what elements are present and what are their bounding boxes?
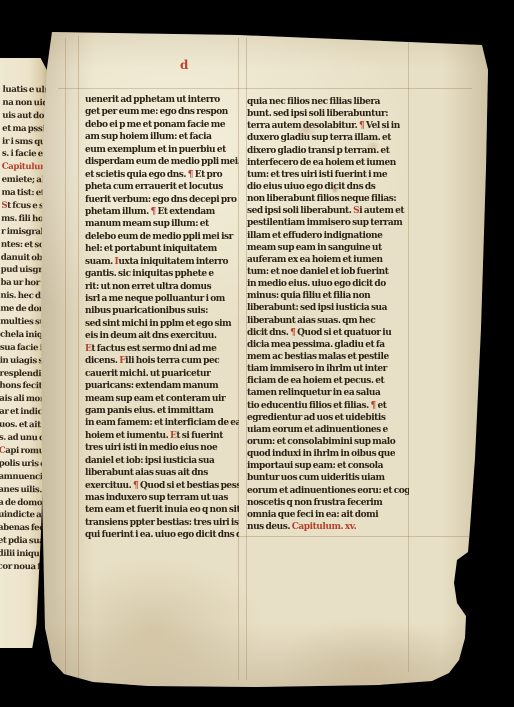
text-line: Et factus est sermo dni ad me: [85, 343, 239, 355]
text-line: exercituu. ¶ Quod si et bestias pessi: [85, 480, 239, 492]
text-line: qui fuerint i ea. uiuo ego dicit dns ds.: [85, 529, 239, 541]
text-line: et pdia sua et: [0, 535, 42, 548]
text-line: fuerit verbum: ego dns decepi pro: [85, 194, 239, 206]
text-line: eum exemplum et in puerbiu et: [85, 144, 239, 156]
text-line: ais ali mors leo: [0, 393, 43, 406]
text-line: get per eum me: ego dns respon: [85, 106, 239, 118]
text-line: disperdam eum de medio ppli mei.: [85, 156, 239, 168]
text-line: eorum et adinuentiones eoru: et cog: [247, 485, 409, 497]
text-line: tiam immisero in ihrlm ut inter: [247, 363, 409, 375]
text-line: puaricans: extendam manum: [85, 380, 239, 392]
text-line: omnia que feci in ea: ait domi: [247, 509, 409, 521]
text-line: tum: et tres uiri isti fuerint i me: [247, 169, 409, 181]
text-line: ir i sms quarg: [2, 135, 46, 148]
rubric-text: S: [353, 206, 359, 216]
rubric-text: ¶: [359, 121, 364, 131]
rubric-text: Capitulum. xiii.: [2, 162, 46, 173]
rubric-text: ¶: [290, 328, 295, 338]
text-line: liberabunt aias suas. qm hec: [247, 315, 409, 327]
text-line: meam sup eam et conteram uir: [85, 393, 239, 405]
text-line: minus: quia filiu et filia non: [247, 290, 409, 302]
text-line: bunt. sed ipsi soli liberabuntur:: [247, 108, 409, 120]
text-line: sed ipsi soli liberabunt. Si autem et: [247, 205, 409, 217]
text-line: orum: et consolabimini sup malo: [247, 436, 409, 448]
text-line: tum: et noe daniel et iob fuerint: [247, 266, 409, 278]
text-line: emiete; alter ur: [2, 174, 46, 187]
text-line: mem ac bestias malas et pestile: [247, 351, 409, 363]
text-line: tres uiri isti in medio eius noe: [85, 442, 239, 454]
text-line: hons fecit: ut uo: [0, 380, 44, 393]
rubric-text: ¶: [188, 170, 193, 180]
facing-page-text-fragments: luatis e ulmna non uidebutuis aut dona d…: [0, 84, 47, 584]
text-line: nus deus. Capitulum. xv.: [247, 521, 409, 533]
text-line: pud uisgrais: [1, 264, 45, 277]
text-line: in uiagis se po: [0, 354, 44, 367]
text-line: in medio eius. uiuo ego dicit do: [247, 278, 409, 290]
text-line: duxero gladiu sup terra illam. et: [247, 132, 409, 144]
text-line: s. i facie eoru: [2, 148, 46, 161]
rubric-text: Capitulum. xv.: [292, 522, 357, 532]
text-line: quod induxi in ihrlm in oibus que: [247, 448, 409, 460]
text-line: mas induxero sup terram ut uas: [85, 492, 239, 504]
text-line: buntur uos cum uideritis uiam: [247, 472, 409, 484]
text-line: Capi romu que: [0, 445, 43, 458]
text-line: sed sint michi in pplm et ego sim: [85, 318, 239, 330]
text-column-right: quia nec filios nec filias liberabunt. s…: [247, 96, 409, 536]
text-line: St fcus e sermo: [1, 200, 45, 213]
text-line: multies suas: [0, 316, 44, 329]
text-line: nibus puaricationibus suis:: [85, 305, 239, 317]
text-line: importaui sup eam: et consola: [247, 460, 409, 472]
text-line: uis aut dona di: [2, 110, 46, 123]
rubric-text: E: [85, 344, 91, 354]
text-line: suam. Iuxta iniquitatem interro: [85, 256, 239, 268]
text-line: egredientur ad uos et uidebitis: [247, 412, 409, 424]
text-line: ma tist: et scdm: [1, 187, 45, 200]
text-line: ntes: et scabut: [1, 238, 45, 251]
rubric-text: ¶: [151, 207, 156, 217]
text-line: liberabunt aias suas ait dns: [85, 467, 239, 479]
text-line: luatis e ulm: [2, 84, 46, 97]
text-line: interfecero de ea hoiem et iumen: [247, 157, 409, 169]
rubric-text: E: [170, 431, 176, 441]
ruling-line: [58, 88, 472, 89]
text-line: quia nec filios nec filias libera: [247, 96, 409, 108]
text-line: manum meam sup illum: et: [85, 218, 239, 230]
text-line: cor noua facie: [0, 561, 42, 574]
text-line: cauerit michi. ut puaricetur: [85, 368, 239, 380]
text-line: resplendia et uela: [0, 367, 44, 380]
text-line: noscetis q non frustra fecerim: [247, 497, 409, 509]
text-line: et ma pssi nich: [2, 122, 46, 135]
text-line: illam et effudero indignatione: [247, 230, 409, 242]
text-line: dio eius uiuo ego dicit dns ds: [247, 181, 409, 193]
ruling-line: [65, 38, 66, 678]
text-line: hel: et portabunt iniquitatem: [85, 243, 239, 255]
text-line: eis in deum ait dns exercituu.: [85, 330, 239, 342]
text-line: isrl a me neque polluantur i om: [85, 293, 239, 305]
text-line: debo ei p me et ponam facie me: [85, 119, 239, 131]
text-line: ba ur hor astr: [0, 277, 44, 290]
text-line: amnuencies: [0, 470, 43, 483]
rubric-text: C: [0, 446, 5, 456]
text-line: chela iniquat: [0, 329, 44, 342]
text-line: non liberabunt filios neque filias:: [247, 193, 409, 205]
text-line: Capitulum. xiii.: [2, 161, 46, 174]
text-line: uindicte accipi: [0, 509, 42, 522]
quire-mark: d: [180, 58, 188, 72]
rubric-text: S: [1, 201, 7, 211]
text-line: pestilentiam immisero sup terram: [247, 217, 409, 229]
text-line: ficiam de ea hoiem et pecus. et: [247, 375, 409, 387]
text-line: r imisgrabil: [1, 226, 45, 239]
text-line: gam panis eius. et immittam: [85, 405, 239, 417]
text-line: et scietis quia ego dns. ¶ Et pro: [85, 169, 239, 181]
text-line: polis uris ea: [0, 458, 43, 471]
text-line: liberabunt: sed ipsi iusticia sua: [247, 302, 409, 314]
text-line: sua facie ili a: [0, 342, 44, 355]
text-line: dilii iniquis: [0, 548, 42, 561]
text-line: uiam eorum et adinuentiones e: [247, 424, 409, 436]
text-line: transiens ppter bestias: tres uiri isti: [85, 517, 239, 529]
text-line: tem eam et fuerit inuia eo q non sit p: [85, 504, 239, 516]
text-line: ar et indics ut: [0, 406, 43, 419]
text-line: rit: ut non erret ultra domus: [85, 281, 239, 293]
text-line: anes uilis. ¶ eun: [0, 483, 42, 496]
rubric-text: I: [115, 257, 119, 267]
rubric-text: F: [119, 356, 125, 366]
text-line: delebo eum de medio ppli mei isr: [85, 231, 239, 243]
ruling-line: [238, 536, 470, 537]
text-line: ms. fili hois ui: [1, 213, 45, 226]
rubric-text: ¶: [133, 481, 138, 491]
text-line: meam sup eam in sanguine ut: [247, 242, 409, 254]
text-line: gantis. sic iniquitas pphete e: [85, 268, 239, 280]
text-line: phetam illum. ¶ Et extendam: [85, 206, 239, 218]
text-line: s. ad unu dsi be: [0, 432, 43, 445]
manuscript-page: d uenerit ad pphetam ut interroget per e…: [38, 28, 490, 692]
text-line: am sup hoiem illum: et facia: [85, 131, 239, 143]
text-line: me de domo isrl: [0, 303, 44, 316]
text-line: terra autem desolabitur. ¶ Vel si in: [247, 120, 409, 132]
text-line: uos. et ait dis: [0, 419, 43, 432]
text-line: a de domo dil: [0, 496, 42, 509]
text-column-left: uenerit ad pphetam ut interroget per eum…: [85, 94, 239, 546]
photo-background: luatis e ulmna non uidebutuis aut dona d…: [0, 0, 514, 707]
text-line: na non uidebut: [2, 97, 46, 110]
text-line: nis. hec dicit d: [0, 290, 44, 303]
text-line: danuit obti: [1, 251, 45, 264]
text-line: uenerit ad pphetam ut interro: [85, 94, 239, 106]
text-line: daniel et iob: ipsi iusticia sua: [85, 455, 239, 467]
text-line: pheta cum errauerit et locutus: [85, 181, 239, 193]
text-line: tio educentiu filios et filias. ¶ et: [247, 400, 409, 412]
ruling-line: [78, 36, 79, 680]
text-line: dicens. Fili hois terra cum pec: [85, 355, 239, 367]
text-line: abenas fecero: [0, 522, 42, 535]
rubric-text: ¶: [371, 401, 376, 411]
text-line: dicit dns. ¶ Quod si et quatuor iu: [247, 327, 409, 339]
text-line: dicia mea pessima. gladiu et fa: [247, 339, 409, 351]
text-line: in eam famem: et interficiam de ea: [85, 417, 239, 429]
text-line: auferam ex ea hoiem et iumen: [247, 254, 409, 266]
text-line: dixero gladio transi p terram. et: [247, 145, 409, 157]
text-line: tamen relinquetur in ea salua: [247, 387, 409, 399]
text-line: hoiem et iumentu. Et si fuerint: [85, 430, 239, 442]
